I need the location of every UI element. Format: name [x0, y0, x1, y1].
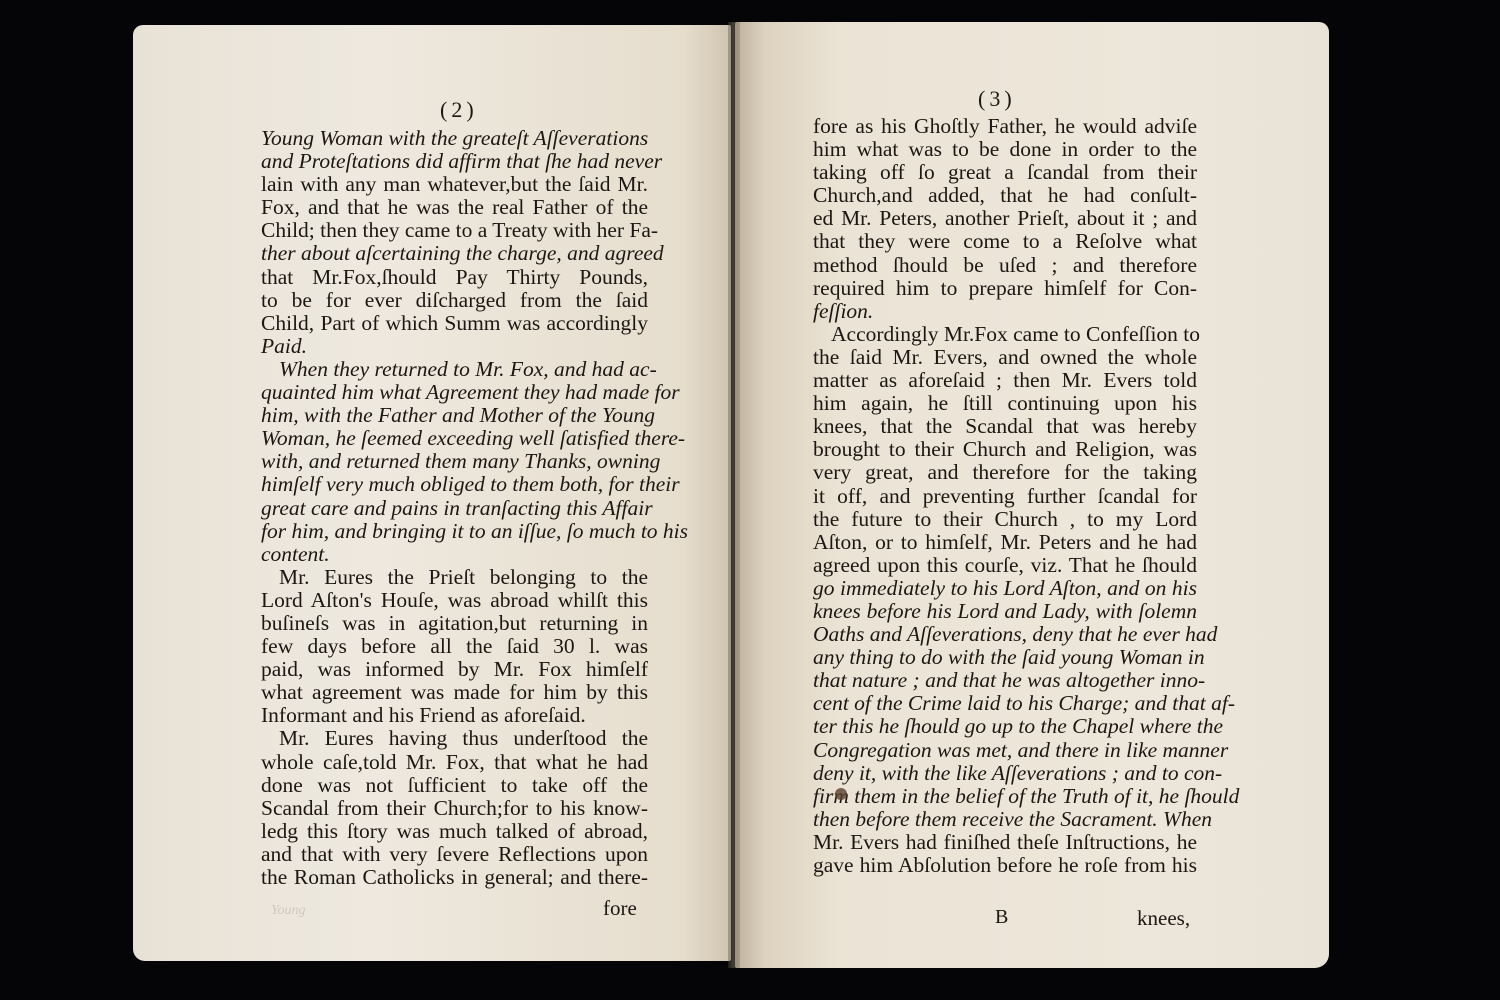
text-line: and that with very ſevere Reflections up… [261, 843, 648, 866]
text-line: with, and returned them many Thanks, own… [261, 450, 648, 473]
text-line: few days before all the ſaid 30 l. was [261, 635, 648, 658]
right-page: (3) fore as his Ghoſtly Father, he would… [735, 22, 1329, 968]
text-line: agreed upon this courſe, viz. That he ſh… [813, 554, 1197, 577]
text-line: Church,and added, that he had conſult- [813, 184, 1197, 207]
text-line: him what was to be done in order to the [813, 138, 1197, 161]
text-line: ed Mr. Peters, another Prieſt, about it … [813, 207, 1197, 230]
page-body-text: Young Woman with the greateſt Aſſeverati… [261, 127, 648, 889]
page-number: (3) [978, 86, 1016, 112]
text-line: content. [261, 543, 648, 566]
text-line: cent of the Crime laid to his Charge; an… [813, 692, 1197, 715]
ink-stain [835, 788, 847, 800]
text-line: the Roman Catholicks in general; and the… [261, 866, 648, 889]
text-line: Child, Part of which Summ was accordingl… [261, 312, 648, 335]
left-page: (2) Young Woman with the greateſt Aſſeve… [133, 25, 731, 961]
text-line: done was not ſufficient to take off the [261, 774, 648, 797]
text-line: then before them receive the Sacrament. … [813, 808, 1197, 831]
text-line: matter as aforeſaid ; then Mr. Evers tol… [813, 369, 1197, 392]
text-line: Congregation was met, and there in like … [813, 739, 1197, 762]
text-line: what agreement was made for him by this [261, 681, 648, 704]
page-number: (2) [440, 97, 478, 123]
book-gutter [728, 22, 740, 968]
catchword: knees, [1137, 906, 1190, 931]
text-line: When they returned to Mr. Fox, and had a… [261, 358, 648, 381]
text-line: lain with any man whatever,but the ſaid … [261, 173, 648, 196]
text-line: any thing to do with the ſaid young Woma… [813, 646, 1197, 669]
text-line: fore as his Ghoſtly Father, he would adv… [813, 115, 1197, 138]
text-line: ter this he ſhould go up to the Chapel w… [813, 715, 1197, 738]
text-line: knees before his Lord and Lady, with ſol… [813, 600, 1197, 623]
text-line: deny it, with the like Aſſeverations ; a… [813, 762, 1197, 785]
text-line: that nature ; and that he was altogether… [813, 669, 1197, 692]
text-line: Informant and his Friend as aforeſaid. [261, 704, 648, 727]
text-line: Aſton, or to himſelf, Mr. Peters and he … [813, 531, 1197, 554]
text-line: knees, that the Scandal that was hereby [813, 415, 1197, 438]
text-line: method ſhould be uſed ; and therefore [813, 254, 1197, 277]
text-line: to be for ever diſcharged from the ſaid [261, 289, 648, 312]
text-line: ther about aſcertaining the charge, and … [261, 242, 648, 265]
text-line: paid, was informed by Mr. Fox himſelf [261, 658, 648, 681]
text-line: go immediately to his Lord Aſton, and on… [813, 577, 1197, 600]
show-through-text: Young [271, 903, 306, 919]
text-line: Lord Aſton's Houſe, was abroad whilſt th… [261, 589, 648, 612]
text-line: whole caſe,told Mr. Fox, that what he ha… [261, 751, 648, 774]
text-line: and Proteſtations did affirm that ſhe ha… [261, 150, 648, 173]
text-line: it off, and preventing further ſcandal f… [813, 485, 1197, 508]
text-line: for him, and bringing it to an iſſue, ſo… [261, 520, 648, 543]
text-line: buſineſs was in agitation,but returning … [261, 612, 648, 635]
text-line: brought to their Church and Religion, wa… [813, 438, 1197, 461]
text-line: Child; then they came to a Treaty with h… [261, 219, 648, 242]
catchword: fore [603, 896, 637, 921]
text-line: Mr. Eures the Prieſt belonging to the [261, 566, 648, 589]
text-line: Mr. Eures having thus underſtood the [261, 727, 648, 750]
text-line: that they were come to a Reſolve what [813, 230, 1197, 253]
text-line: Young Woman with the greateſt Aſſeverati… [261, 127, 648, 150]
page-body-text: fore as his Ghoſtly Father, he would adv… [813, 115, 1197, 877]
text-line: gave him Abſolution before he roſe from … [813, 854, 1197, 877]
text-line: Scandal from their Church;for to his kno… [261, 797, 648, 820]
text-line: very great, and therefore for the taking [813, 461, 1197, 484]
text-line: Fox, and that he was the real Father of … [261, 196, 648, 219]
text-line: feſſion. [813, 300, 1197, 323]
text-line: Oaths and Aſſeverations, deny that he ev… [813, 623, 1197, 646]
text-line: Accordingly Mr.Fox came to Confeſſion to [813, 323, 1197, 346]
signature-mark: B [995, 906, 1008, 929]
text-line: himſelf very much obliged to them both, … [261, 473, 648, 496]
text-line: quainted him what Agreement they had mad… [261, 381, 648, 404]
text-line: the ſaid Mr. Evers, and owned the whole [813, 346, 1197, 369]
text-line: taking off ſo great a ſcandal from their [813, 161, 1197, 184]
text-line: him, with the Father and Mother of the Y… [261, 404, 648, 427]
text-line: that Mr.Fox,ſhould Pay Thirty Pounds, [261, 266, 648, 289]
text-line: required him to prepare himſelf for Con- [813, 277, 1197, 300]
text-line: Mr. Evers had finiſhed theſe Inſtruction… [813, 831, 1197, 854]
text-line: great care and pains in tranſacting this… [261, 497, 648, 520]
text-line: Paid. [261, 335, 648, 358]
text-line: Woman, he ſeemed exceeding well ſatisfie… [261, 427, 648, 450]
text-line: the future to their Church , to my Lord [813, 508, 1197, 531]
text-line: ledg this ſtory was much talked of abroa… [261, 820, 648, 843]
text-line: him again, he ſtill continuing upon his [813, 392, 1197, 415]
text-line: firm them in the belief of the Truth of … [813, 785, 1197, 808]
